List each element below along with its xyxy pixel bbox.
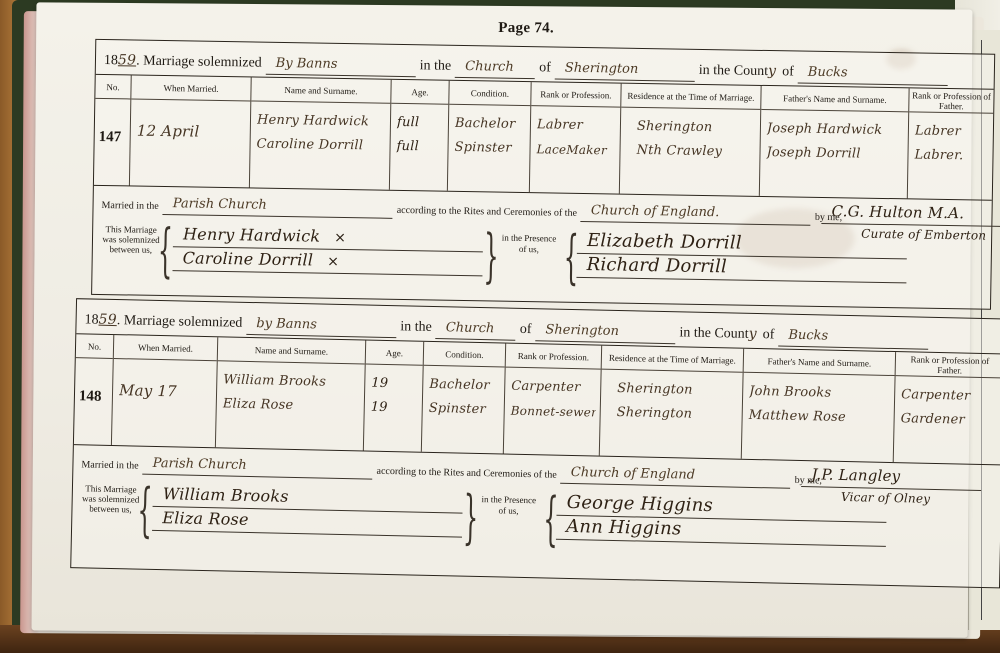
- rites-of-value: Church of England.: [581, 202, 811, 226]
- presence-label: in the Presence of us,: [478, 494, 538, 517]
- presence-label: in the Presence of us,: [499, 233, 559, 256]
- marriage-entry-148: 1859. Marriage solemnized by Banns in th…: [70, 298, 1000, 588]
- groom-condition: Bachelor: [429, 374, 501, 400]
- place-value: Sherington: [555, 59, 695, 81]
- married-in-value: Parish Church: [163, 195, 393, 219]
- right-brace: }: [483, 226, 499, 284]
- left-brace: {: [137, 481, 153, 539]
- column-when-married: When Married. 12 April: [130, 75, 252, 187]
- officiant-name: J.P. Langley: [801, 463, 981, 491]
- column-condition: Condition. Bachelor Spinster: [448, 81, 532, 192]
- bride-signature: Caroline Dorrill×: [172, 247, 482, 276]
- bride-father-name: Matthew Rose: [748, 405, 889, 432]
- officiant: J.P. Langley Vicar of Olney: [801, 463, 982, 507]
- building-value: Church: [436, 319, 516, 341]
- column-when-married: When Married. May 17: [112, 335, 218, 447]
- register-table: No. 148 When Married. May 17 Name and Su…: [74, 333, 1000, 465]
- column-age: Age. full full: [390, 80, 450, 191]
- bride-age: 19: [370, 397, 418, 422]
- groom-age: full: [397, 112, 444, 137]
- groom-father-name: John Brooks: [749, 381, 890, 408]
- year-label: 1859. Marriage solemnized: [104, 52, 262, 75]
- bride-condition: Spinster: [454, 137, 525, 162]
- solemnized-by-value: By Banns: [266, 55, 416, 77]
- bride-residence: Nth Crawley: [636, 140, 755, 166]
- column-profession: Rank or Profession. Carpenter Bonnet-sew…: [504, 344, 602, 456]
- column-name: Name and Surname. William Brooks Eliza R…: [216, 337, 366, 450]
- column-no: No. 148: [74, 334, 114, 445]
- bride-name: Eliza Rose: [223, 393, 360, 420]
- register-table: No. 147 When Married. 12 April Name and …: [94, 74, 994, 201]
- groom-father-name: Joseph Hardwick: [767, 118, 904, 144]
- column-name: Name and Surname. Henry Hardwick Carolin…: [250, 77, 392, 189]
- solemnized-by-value: by Banns: [246, 315, 396, 338]
- county-value: Bucks: [798, 64, 948, 86]
- page-number: Page 74.: [498, 20, 554, 37]
- officiant-title: Curate of Emberton: [821, 226, 1000, 243]
- year-label: 1859. Marriage solemnized: [84, 311, 242, 334]
- solemnized-between-label: This Marriage was solemnized between us,: [101, 224, 161, 255]
- when-married-value: 12 April: [137, 120, 246, 146]
- married-in-value: Parish Church: [142, 455, 372, 480]
- bride-name: Caroline Dorrill: [256, 134, 385, 160]
- bride-father-profession: Gardener: [900, 408, 999, 434]
- place-value: Sherington: [535, 321, 675, 344]
- column-residence: Residence at the Time of Marriage. Sheri…: [600, 346, 744, 459]
- party-signatures: William Brooks Eliza Rose: [152, 483, 463, 538]
- column-father-profession: Rank or Profession of Father. Carpenter …: [894, 352, 1000, 464]
- right-brace: }: [463, 488, 479, 546]
- register-page: Page 74. 1859. Marriage solemnized By Ba…: [32, 2, 973, 637]
- groom-profession: Carpenter: [511, 376, 597, 402]
- bride-father-name: Joseph Dorrill: [766, 142, 903, 168]
- groom-residence: Sherington: [617, 378, 738, 405]
- column-residence: Residence at the Time of Marriage. Sheri…: [620, 84, 762, 196]
- bride-father-profession: Labrer.: [914, 144, 988, 169]
- groom-age: 19: [371, 373, 419, 398]
- rites-of-value: Church of England: [561, 464, 791, 489]
- officiant-name: C.G. Hulton M.A.: [821, 200, 1000, 227]
- county-value: Bucks: [778, 327, 928, 350]
- groom-residence: Sherington: [637, 116, 756, 142]
- entry-number: 148: [79, 388, 102, 405]
- officiant: C.G. Hulton M.A. Curate of Emberton: [821, 200, 1000, 243]
- marriage-entry-147: 1859. Marriage solemnized By Banns in th…: [91, 39, 995, 310]
- bride-profession: LaceMaker: [536, 138, 615, 163]
- column-condition: Condition. Bachelor Spinster: [422, 342, 506, 454]
- groom-name: William Brooks: [223, 369, 360, 396]
- groom-father-profession: Labrer: [915, 120, 989, 145]
- column-no: No. 147: [94, 75, 132, 186]
- column-father-name: Father's Name and Surname. Joseph Hardwi…: [760, 86, 910, 198]
- signature-block: This Marriage was solemnized between us,…: [100, 218, 983, 303]
- entry-number: 147: [99, 129, 122, 146]
- groom-profession: Labrer: [537, 114, 616, 139]
- building-value: Church: [455, 58, 535, 79]
- column-father-name: Father's Name and Surname. John Brooks M…: [742, 349, 896, 462]
- solemnized-between-label: This Marriage was solemnized between us,: [80, 483, 141, 514]
- bride-condition: Spinster: [428, 398, 500, 424]
- groom-father-profession: Carpenter: [901, 384, 1000, 410]
- bride-profession: Bonnet-sewer: [510, 400, 596, 426]
- bride-age: full: [396, 136, 443, 161]
- witness-2-signature: Richard Dorrill: [576, 254, 906, 283]
- bride-residence: Sherington: [616, 402, 737, 429]
- column-profession: Rank or Profession. Labrer LaceMaker: [530, 82, 622, 193]
- column-father-profession: Rank or Profession of Father. Labrer Lab…: [908, 88, 994, 199]
- groom-condition: Bachelor: [455, 113, 526, 138]
- party-signatures: Henry Hardwick× Caroline Dorrill×: [172, 223, 483, 276]
- groom-name: Henry Hardwick: [257, 110, 386, 136]
- signature-block: This Marriage was solemnized between us,…: [80, 477, 993, 567]
- column-age: Age. 19 19: [364, 341, 424, 452]
- left-brace: {: [157, 221, 173, 279]
- when-married-value: May 17: [119, 379, 213, 405]
